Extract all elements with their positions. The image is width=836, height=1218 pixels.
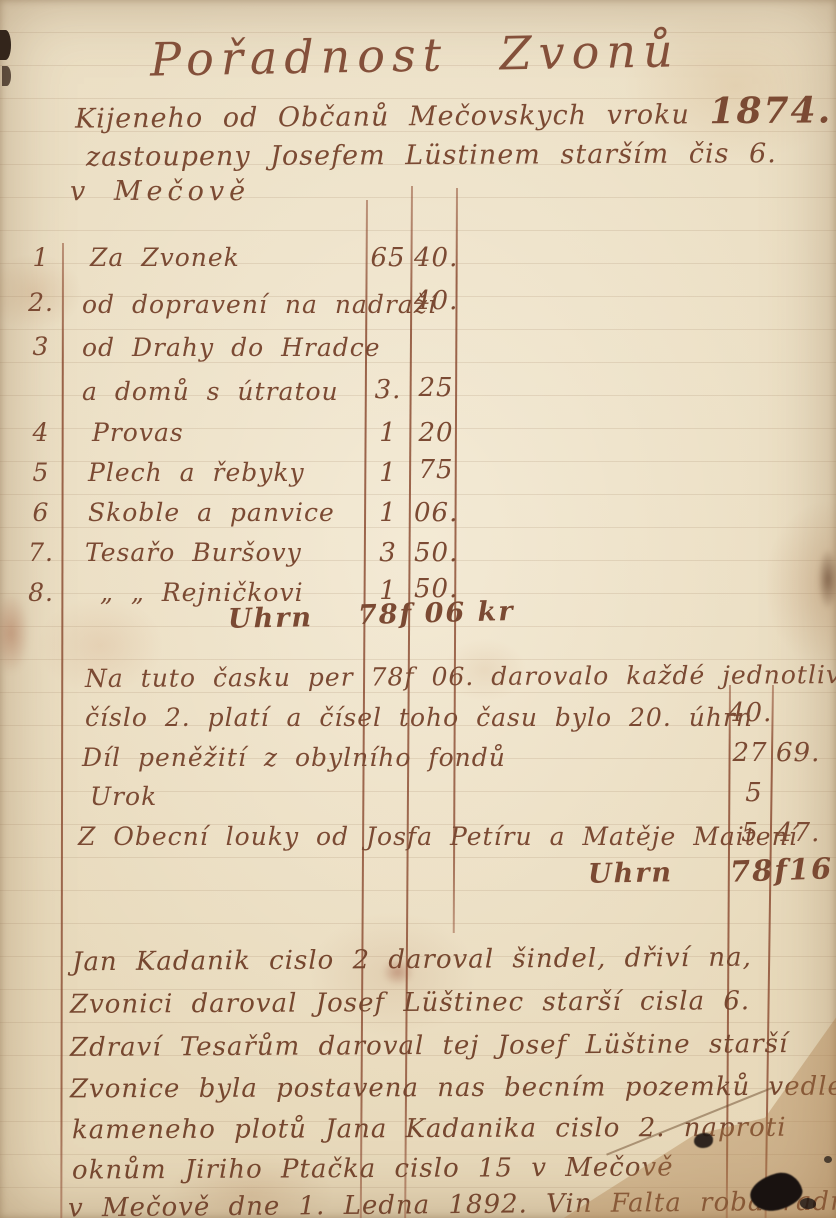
- row-description: Provas: [92, 418, 184, 447]
- row-amount-kr: 06.: [414, 498, 458, 528]
- funding-amount-zl: 5: [732, 778, 776, 808]
- header-line-origin-text: Kijeneho od Občanů Mečovskych vroku: [75, 99, 690, 134]
- funding-total-value: 78f16: [729, 851, 833, 889]
- row-number: 8.: [24, 578, 58, 607]
- ink-mark-top-left: [0, 30, 11, 60]
- page-title: Pořadnost Zvonů: [150, 23, 680, 86]
- note-line: v Mečově dne 1. Ledna 1892. Vin Falta ro…: [68, 1187, 836, 1218]
- header-line-representative: zastoupeny Josefem Lüstinem starším čis …: [86, 138, 777, 173]
- funding-total-label: Uhrn: [588, 857, 674, 889]
- row-amount-kr: 25: [414, 373, 458, 403]
- funding-amount-kr: 47.: [776, 818, 820, 848]
- header-year: 1874.: [709, 89, 832, 132]
- funding-amount-zl: 40.: [728, 698, 772, 728]
- note-line: Zdraví Tesařům daroval tej Josef Lüštine…: [70, 1029, 788, 1063]
- row-number: 7.: [24, 538, 58, 567]
- row-amount-kr: 50.: [414, 538, 458, 568]
- row-amount-kr: 20: [414, 418, 458, 448]
- funding-line: Urok: [90, 782, 157, 811]
- row-amount-zl: 1: [366, 418, 410, 448]
- note-line: oknům Jiriho Ptačka cislo 15 v Mečově: [72, 1152, 674, 1185]
- funding-line: Díl peněžití z obylního fondů: [82, 743, 506, 772]
- row-amount-zl: 1: [366, 498, 410, 528]
- header-line-place: v Mečově: [70, 176, 250, 207]
- edge-stain-right: [818, 550, 836, 608]
- ink-mark-top-left-2: [2, 66, 11, 86]
- funding-line: číslo 2. platí a čísel toho času bylo 20…: [85, 703, 753, 732]
- row-amount-kr: 75: [414, 455, 458, 485]
- row-description: a domů s útratou: [82, 377, 339, 406]
- left-margin-rule: [60, 243, 64, 1218]
- row-number: 6: [24, 498, 58, 527]
- column-rule-2: [404, 186, 413, 1218]
- funding-amount-zl: 5: [728, 818, 772, 848]
- row-number: 1: [24, 243, 58, 272]
- note-line: Zvonice byla postavena nas becním pozemk…: [70, 1072, 836, 1105]
- note-line: Jan Kadanik cislo 2 daroval šindel, dřiv…: [72, 943, 752, 978]
- row-amount-kr: 40.: [414, 286, 458, 316]
- ledger-total-value: 78f 06 kr: [358, 596, 515, 631]
- note-line: Zvonici daroval Josef Lüštinec starší ci…: [70, 986, 750, 1020]
- manuscript-page: Pořadnost Zvonů Kijeneho od Občanů Mečov…: [0, 0, 836, 1218]
- row-amount-zl: 1: [366, 458, 410, 488]
- funding-line: Z Obecní louky od Josfa Petíru a Matěje …: [78, 822, 798, 851]
- ink-speck: [824, 1156, 832, 1163]
- row-description: od dopravení na nadraží: [82, 290, 437, 319]
- row-amount-zl: 3: [366, 538, 410, 568]
- row-description: Tesařo Buršovy: [85, 538, 302, 567]
- funding-amount-zl: 27: [728, 738, 772, 768]
- note-line: kameneho plotů Jana Kadanika cislo 2. na…: [72, 1113, 787, 1145]
- row-amount-zl: 3.: [366, 375, 410, 405]
- funding-line: Na tuto časku per 78f 06. darovalo každé…: [85, 660, 836, 693]
- row-description: Za Zvonek: [90, 243, 240, 272]
- row-amount-zl: 65: [366, 243, 410, 273]
- ledger-total-label: Uhrn: [228, 602, 314, 634]
- row-description: Skoble a panvice: [88, 498, 335, 527]
- row-number: 5: [24, 458, 58, 487]
- funding-amount-kr: 69.: [776, 738, 820, 768]
- row-number: 2.: [24, 288, 58, 317]
- row-description: Plech a řebyky: [88, 458, 305, 487]
- row-amount-kr: 40.: [414, 243, 458, 273]
- row-number: 4: [24, 418, 58, 447]
- row-number: 3: [24, 332, 58, 361]
- header-line-origin: Kijeneho od Občanů Mečovskych vroku 1874…: [75, 89, 832, 136]
- row-description: od Drahy do Hradce: [82, 333, 381, 362]
